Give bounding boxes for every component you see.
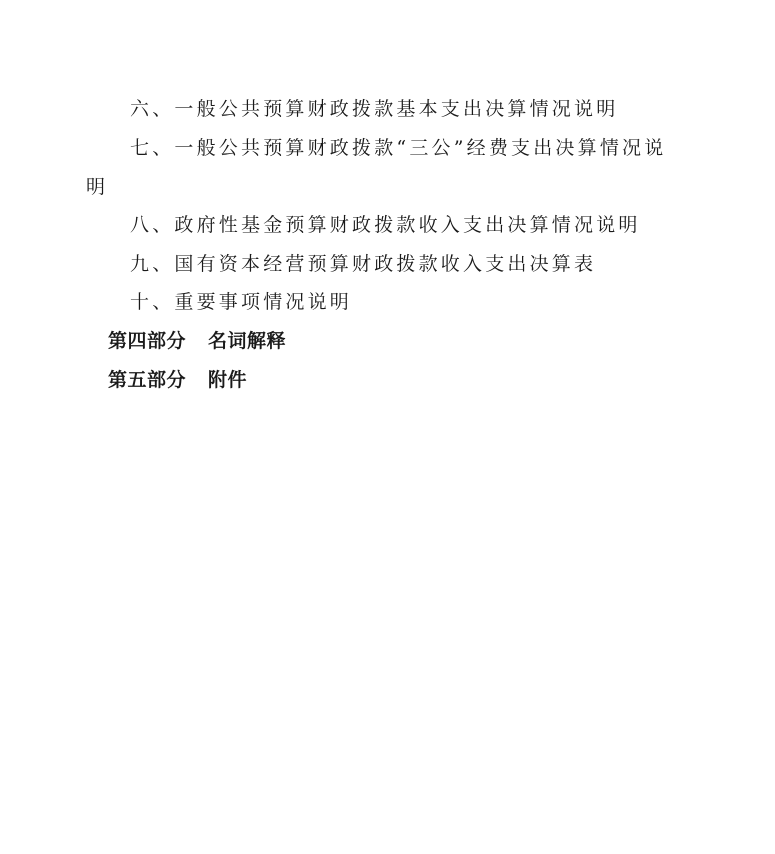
- part-4-heading: 第四部分名词解释: [108, 329, 286, 353]
- toc-item-9: 九、国有资本经营预算财政拨款收入支出决算表: [130, 252, 596, 276]
- part-4-title: 名词解释: [208, 330, 286, 352]
- toc-item-6: 六、一般公共预算财政拨款基本支出决算情况说明: [130, 97, 618, 121]
- toc-item-7: 七、一般公共预算财政拨款“三公”经费支出决算情况说: [130, 136, 666, 160]
- part-5-heading: 第五部分附件: [108, 368, 247, 392]
- part-4-label: 第四部分: [108, 330, 186, 352]
- toc-item-8: 八、政府性基金预算财政拨款收入支出决算情况说明: [130, 213, 641, 237]
- part-5-label: 第五部分: [108, 369, 186, 391]
- document-page: 六、一般公共预算财政拨款基本支出决算情况说明 七、一般公共预算财政拨款“三公”经…: [0, 0, 775, 854]
- part-5-title: 附件: [208, 369, 247, 391]
- toc-item-10: 十、重要事项情况说明: [130, 290, 352, 314]
- toc-item-7-continuation: 明: [86, 175, 108, 199]
